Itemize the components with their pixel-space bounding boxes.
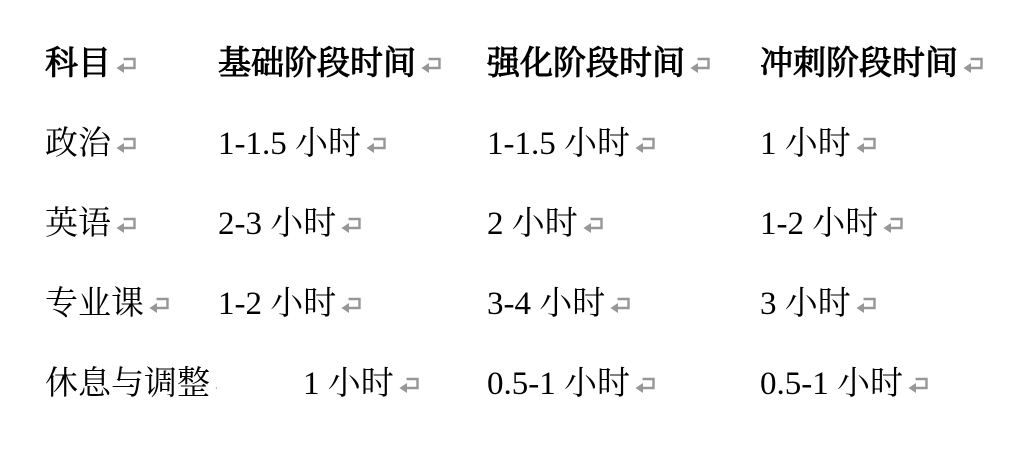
cell-politics-subject: 政治 xyxy=(45,124,218,204)
line-break-mark-icon xyxy=(634,136,657,154)
cell-text: 0.5-1 小时 xyxy=(487,366,630,402)
header-text: 强化阶段时间 xyxy=(487,46,685,82)
header-cell-subject: 科目 xyxy=(45,44,218,124)
line-break-mark-icon xyxy=(855,296,878,314)
line-break-mark-icon xyxy=(340,216,363,234)
cell-english-intensive: 2 小时 xyxy=(487,204,760,284)
line-break-mark-icon xyxy=(689,56,712,74)
cell-rest-sprint: 0.5-1 小时 xyxy=(760,364,1014,444)
cell-english-foundation: 2-3 小时 xyxy=(218,204,487,284)
cell-text: 3-4 小时 xyxy=(487,286,605,322)
cell-text: 1 小时 xyxy=(760,126,851,162)
header-cell-intensive-phase: 强化阶段时间 xyxy=(487,44,760,124)
header-text: 冲刺阶段时间 xyxy=(760,46,958,82)
cell-politics-sprint: 1 小时 xyxy=(760,124,1014,204)
cell-rest-foundation: 1 小时 xyxy=(218,364,487,444)
cell-text: 3 小时 xyxy=(760,286,851,322)
cell-text: 1 小时 xyxy=(303,366,394,402)
study-schedule-table: 科目 基础阶段时间 强化阶段时间 冲刺阶段时间 政治 1-1.5 小时 xyxy=(45,44,1014,444)
cell-english-sprint: 1-2 小时 xyxy=(760,204,1014,284)
cell-text: 1-1.5 小时 xyxy=(487,126,630,162)
cell-text: 0.5-1 小时 xyxy=(760,366,903,402)
cell-major-sprint: 3 小时 xyxy=(760,284,1014,364)
header-text: 科目 xyxy=(45,46,111,82)
header-cell-sprint-phase: 冲刺阶段时间 xyxy=(760,44,1014,124)
line-break-mark-icon xyxy=(907,376,930,394)
line-break-mark-icon xyxy=(115,56,138,74)
table-row-major-course: 专业课 1-2 小时 3-4 小时 3 小时 xyxy=(45,284,1014,364)
cell-text: 英语 xyxy=(45,206,111,242)
cell-politics-foundation: 1-1.5 小时 xyxy=(218,124,487,204)
cell-rest-subject: 休息与调整 xyxy=(45,364,218,444)
header-text: 基础阶段时间 xyxy=(218,46,416,82)
line-break-mark-icon xyxy=(855,136,878,154)
line-break-mark-icon xyxy=(340,296,363,314)
cell-text: 休息与调整 xyxy=(45,366,210,402)
line-break-mark-icon xyxy=(420,56,443,74)
cell-rest-intensive: 0.5-1 小时 xyxy=(487,364,760,444)
cell-major-subject: 专业课 xyxy=(45,284,218,364)
cell-major-foundation: 1-2 小时 xyxy=(218,284,487,364)
cell-text: 1-1.5 小时 xyxy=(218,126,361,162)
cell-text: 2-3 小时 xyxy=(218,206,336,242)
line-break-mark-icon xyxy=(582,216,605,234)
cell-major-intensive: 3-4 小时 xyxy=(487,284,760,364)
line-break-mark-icon xyxy=(115,216,138,234)
line-break-mark-icon xyxy=(398,376,421,394)
cell-text: 2 小时 xyxy=(487,206,578,242)
cell-text: 1-2 小时 xyxy=(218,286,336,322)
cell-text: 1-2 小时 xyxy=(760,206,878,242)
document-page: 科目 基础阶段时间 强化阶段时间 冲刺阶段时间 政治 1-1.5 小时 xyxy=(0,0,1014,453)
table-header-row: 科目 基础阶段时间 强化阶段时间 冲刺阶段时间 xyxy=(45,44,1014,124)
line-break-mark-icon xyxy=(148,296,171,314)
cell-politics-intensive: 1-1.5 小时 xyxy=(487,124,760,204)
cell-english-subject: 英语 xyxy=(45,204,218,284)
line-break-mark-icon xyxy=(365,136,388,154)
table-row-english: 英语 2-3 小时 2 小时 1-2 小时 xyxy=(45,204,1014,284)
line-break-mark-icon xyxy=(962,56,985,74)
line-break-mark-icon xyxy=(214,376,217,394)
line-break-mark-icon xyxy=(634,376,657,394)
line-break-mark-icon xyxy=(609,296,632,314)
line-break-mark-icon xyxy=(882,216,905,234)
line-break-mark-icon xyxy=(115,136,138,154)
header-cell-foundation-phase: 基础阶段时间 xyxy=(218,44,487,124)
table-row-rest-adjustment: 休息与调整 1 小时 0.5-1 小时 0.5-1 小时 xyxy=(45,364,1014,444)
cell-text: 专业课 xyxy=(45,286,144,322)
table-row-politics: 政治 1-1.5 小时 1-1.5 小时 1 小时 xyxy=(45,124,1014,204)
cell-text: 政治 xyxy=(45,126,111,162)
